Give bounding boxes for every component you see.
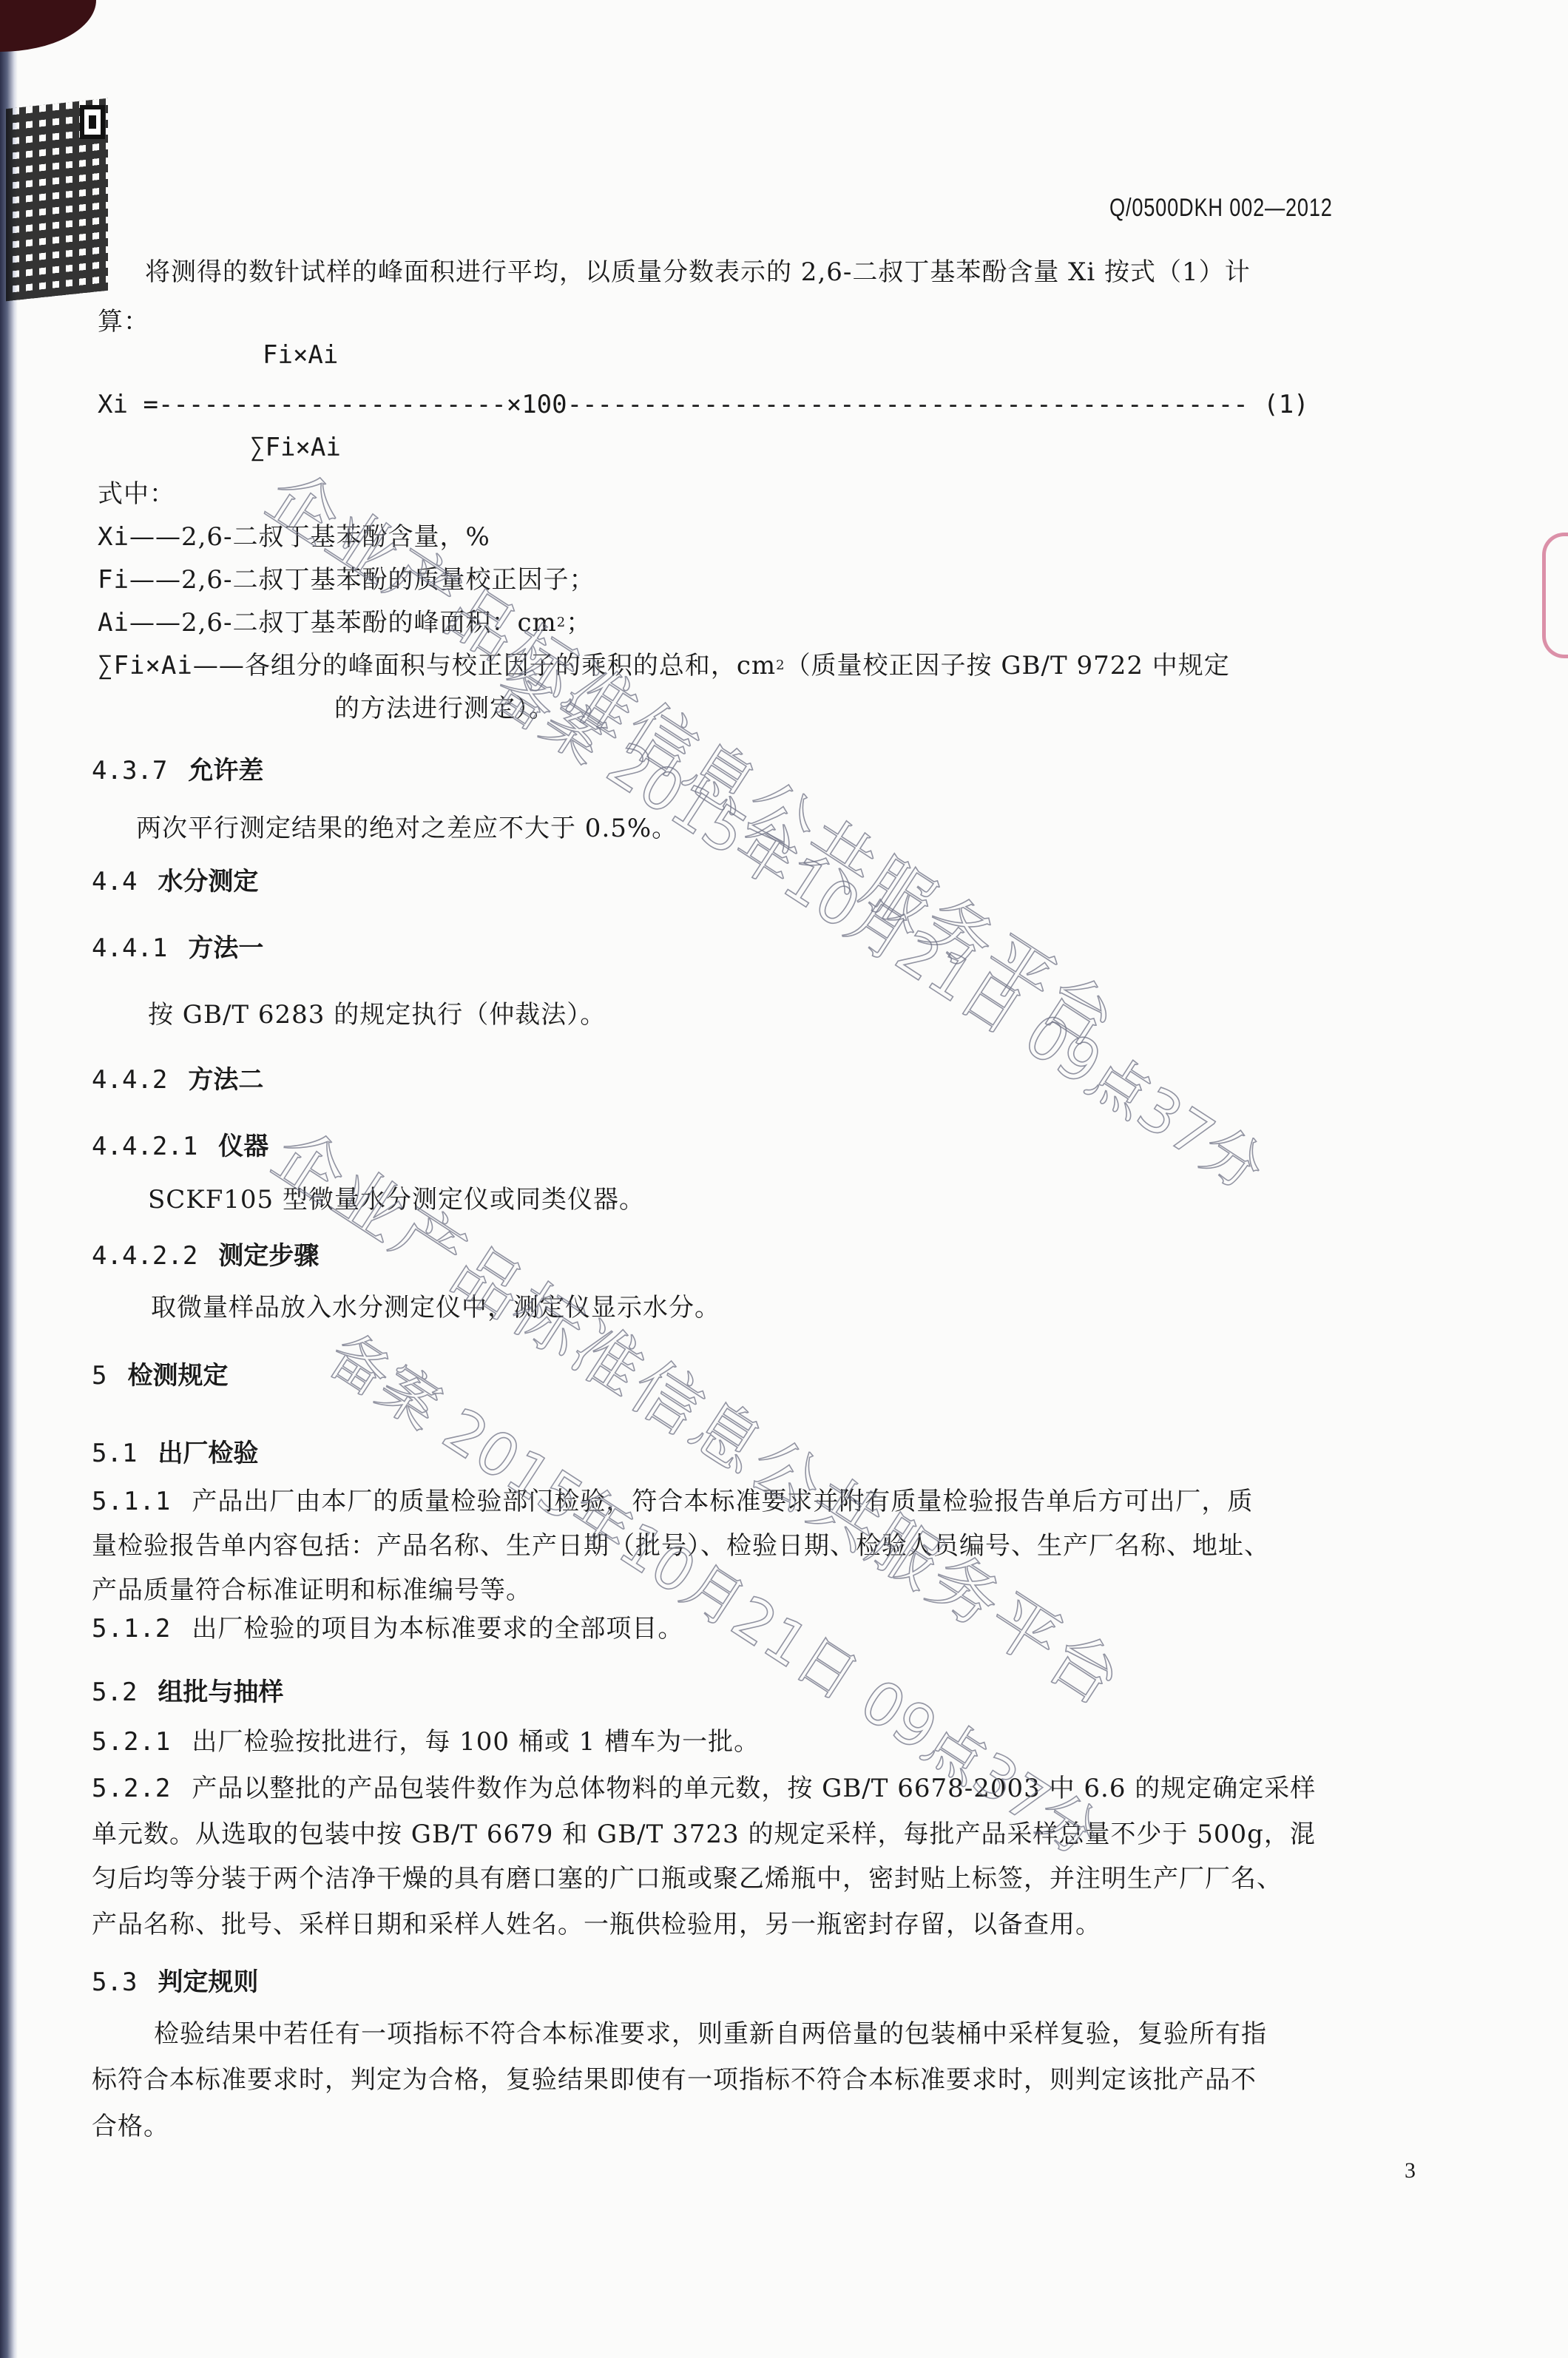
formula-left-dashes: =-----------------------: [143, 390, 506, 419]
paragraph-5-3-line-3: 合格。: [92, 2112, 169, 2141]
document-code: Q/0500DKH 002—2012: [1109, 194, 1333, 223]
where-item-sum: ∑Fi×Ai——各组分的峰面积与校正因子的乘积的总和，cm2（质量校正因子按 G…: [98, 651, 1230, 680]
section-heading-5-3: 5.3判定规则: [92, 1967, 258, 1997]
red-seal-stamp-icon: [1542, 533, 1568, 658]
paragraph-4-3-7: 两次平行测定结果的绝对之差应不大于 0.5%。: [136, 814, 677, 843]
section-heading-4-4-2: 4.4.2方法二: [92, 1065, 263, 1095]
paragraph-5-2-1: 5.2.1出厂检验按批进行，每 100 桶或 1 槽车为一批。: [92, 1727, 760, 1757]
paragraph-5-1-2: 5.1.2出厂检验的项目为本标准要求的全部项目。: [92, 1614, 683, 1643]
page-number: 3: [1405, 2158, 1416, 2183]
paragraph-5-2-2-line-4: 产品名称、批号、采样日期和采样人姓名。一瓶供检验用，另一瓶密封存留，以备查用。: [92, 1910, 1101, 1939]
where-label: 式中：: [98, 479, 175, 509]
formula-right-dashes: ----------------------------------------…: [567, 390, 1248, 419]
formula-line: Xi =-----------------------×100---------…: [98, 390, 1309, 419]
equation-number: (1): [1263, 390, 1308, 419]
intro-line-2: 算：: [98, 307, 149, 337]
scan-edge-shadow: [0, 0, 18, 2358]
intro-line-1: 将测得的数针试样的峰面积进行平均，以质量分数表示的 2,6-二叔丁基苯酚含量 X…: [145, 257, 1251, 287]
paragraph-5-3-line-2: 标符合本标准要求时，判定为合格，复验结果即使有一项指标不符合本标准要求时，则判定…: [92, 2065, 1257, 2095]
section-heading-5: 5检测规定: [92, 1361, 228, 1391]
paragraph-5-3-line-1: 检验结果中若任有一项指标不符合本标准要求，则重新自两倍量的包装桶中采样复验，复验…: [154, 2019, 1267, 2049]
formula-lhs: Xi: [98, 390, 128, 419]
section-heading-4-4-2-2: 4.4.2.2测定步骤: [92, 1241, 319, 1271]
section-heading-4-4-1: 4.4.1方法一: [92, 933, 263, 963]
section-heading-4-3-7: 4.3.7允许差: [92, 756, 263, 786]
formula-times-100: ×100: [507, 390, 567, 419]
paragraph-5-2-2-line-3: 匀后均等分装于两个洁净干燥的具有磨口塞的广口瓶或聚乙烯瓶中，密封贴上标签，并注明…: [92, 1864, 1283, 1894]
section-heading-5-2: 5.2组批与抽样: [92, 1678, 283, 1707]
section-heading-4-4-2-1: 4.4.2.1仪器: [92, 1132, 268, 1161]
paragraph-5-1-1-line-3: 产品质量符合标准证明和标准编号等。: [92, 1575, 532, 1605]
paragraph-5-2-2-line-2: 单元数。从选取的包装中按 GB/T 6679 和 GB/T 3723 的规定采样…: [92, 1820, 1316, 1849]
section-heading-4-4: 4.4水分测定: [92, 867, 258, 896]
scan-corner-shadow: [0, 0, 96, 52]
qr-finder-pattern-icon: [80, 105, 105, 139]
section-heading-5-1: 5.1出厂检验: [92, 1439, 258, 1468]
paragraph-4-4-1: 按 GB/T 6283 的规定执行（仲裁法）。: [148, 1000, 606, 1030]
watermark-timestamp-1: 备案 2015年10月21日 09点37分: [479, 643, 1283, 1207]
paragraph-5-2-2-line-1: 5.2.2产品以整批的产品包装件数作为总体物料的单元数，按 GB/T 6678-…: [92, 1774, 1316, 1803]
formula-numerator: Fi×Ai: [263, 340, 338, 370]
